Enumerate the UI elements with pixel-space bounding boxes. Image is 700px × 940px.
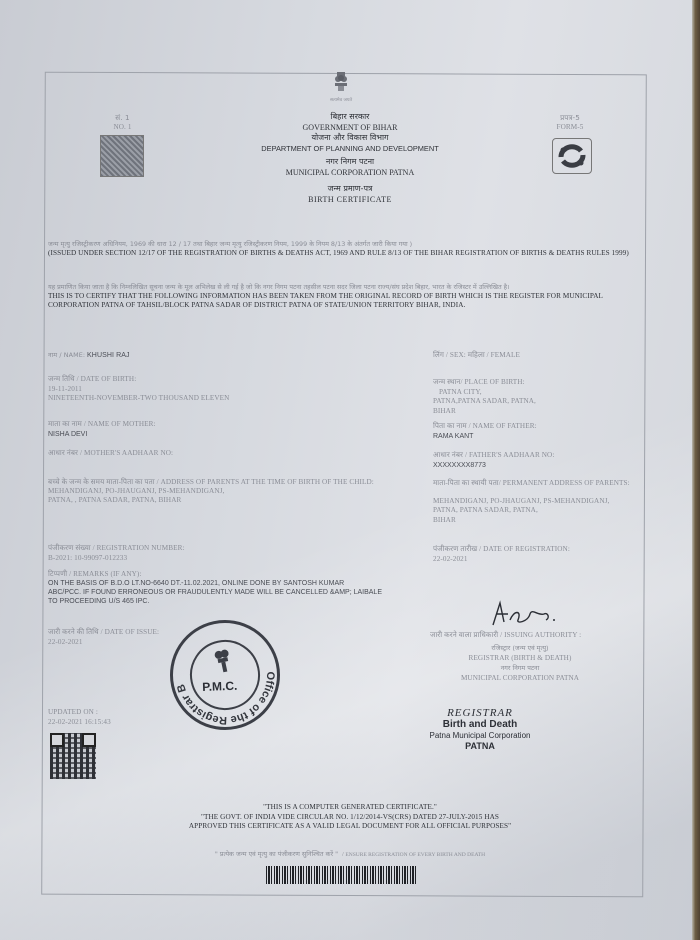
certificate-number: सं. 1 NO. 1 [95, 113, 150, 131]
issuing-authority-label: जारी करने वाला प्राधिकारी / ISSUING AUTH… [430, 630, 581, 640]
issuing-authority-block: रजिस्ट्रार (जन्म एवं मृत्यु) REGISTRAR (… [425, 643, 615, 683]
dob-field: जन्म तिथि / DATE OF BIRTH: 19-11-2011 NI… [48, 375, 229, 404]
form-number: प्रपत्र-5 FORM-5 [530, 113, 610, 131]
pob-field: जन्म स्थान/ PLACE OF BIRTH: PATNA CITY, … [433, 378, 536, 416]
issued-under-clause: जन्म मृत्यु रजिस्ट्रीकरण अधिनियम, 1969 क… [48, 240, 653, 258]
registrar-rubber-stamp: REGISTRAR Birth and Death Patna Municipa… [420, 708, 540, 752]
name-value: KHUSHI RAJ [87, 352, 130, 359]
authority-title-en: REGISTRAR (BIRTH & DEATH) [425, 653, 615, 663]
father-value: RAMA KANT [433, 432, 537, 442]
reg-no-label: पंजीकरण संख्या / REGISTRATION NUMBER: [48, 544, 185, 554]
certify-clause: यह प्रमाणित किया जाता है कि निम्नलिखित स… [48, 283, 653, 310]
registration-date-field: पंजीकरण तारीख / DATE OF REGISTRATION: 22… [433, 545, 570, 564]
address-birth-line-2: PATNA, , PATNA SADAR, PATNA, BIHAR [48, 496, 418, 505]
national-emblem-icon [330, 70, 352, 96]
issue-date-label: जारी करने की तिथि / DATE OF ISSUE: [48, 628, 159, 638]
remarks-line-1: ON THE BASIS OF B.D.O LT.NO-6640 DT.-11.… [48, 579, 428, 588]
dob-value: 19-11-2011 [48, 385, 229, 395]
stamp-registrar: REGISTRAR [420, 708, 540, 719]
slogan-hi: " प्रत्येक जन्म एवं मृत्यु का पंजीकरण सु… [215, 850, 338, 858]
dob-words: NINETEENTH-NOVEMBER-TWO THOUSAND ELEVEN [48, 394, 229, 404]
title-hi: जन्म प्रमाण-पत्र [220, 184, 480, 195]
crs-logo-icon [552, 138, 592, 174]
corp-en: MUNICIPAL CORPORATION PATNA [220, 168, 480, 179]
name-label: नाम / NAME: [48, 351, 85, 359]
computer-generated-notice: "THIS IS A COMPUTER GENERATED CERTIFICAT… [130, 803, 570, 832]
govt-hi: बिहार सरकार [220, 112, 480, 123]
dob-label: जन्म तिथि / DATE OF BIRTH: [48, 375, 229, 385]
seal-emblem-icon [211, 646, 236, 676]
reg-date-label: पंजीकरण तारीख / DATE OF REGISTRATION: [433, 545, 570, 555]
qr-code-icon [50, 733, 96, 779]
seal-center-text: P.M.C. [202, 679, 238, 694]
form-hi: प्रपत्र-5 [530, 113, 610, 123]
certificate-title: BIRTH CERTIFICATE [220, 195, 480, 206]
address-perm-field: माता-पिता का स्थायी पता/ PERMANENT ADDRE… [433, 479, 633, 525]
address-perm-line-3: BIHAR [433, 516, 633, 526]
signature-icon [488, 600, 568, 630]
reg-no-value: B-2021: 10-99097-012233 [48, 554, 185, 564]
footer-line-3: APPROVED THIS CERTIFICATE AS A VALID LEG… [130, 822, 570, 832]
emblem-caption: सत्यमेव जयते [300, 97, 382, 103]
reg-date-value: 22-02-2021 [433, 555, 570, 565]
sex-value: महिला / FEMALE [468, 351, 520, 359]
number-hi: सं. 1 [95, 113, 150, 123]
updated-field: UPDATED ON : 22-02-2021 16:15:43 [48, 708, 111, 727]
pob-line-3: BIHAR [433, 407, 536, 417]
authority-title-hi: रजिस्ट्रार (जन्म एवं मृत्यु) [425, 643, 615, 653]
mother-value: NISHA DEVI [48, 430, 156, 440]
registration-number-field: पंजीकरण संख्या / REGISTRATION NUMBER: B-… [48, 544, 185, 563]
address-birth-label: बच्चे के जन्म के समय माता-पिता का पता / … [48, 478, 418, 487]
barcode-icon [266, 866, 416, 884]
address-birth-field: बच्चे के जन्म के समय माता-पिता का पता / … [48, 478, 418, 505]
issue-date-value: 22-02-2021 [48, 638, 159, 648]
father-aadhaar-label: आधार नंबर / FATHER'S AADHAAR NO: [433, 451, 554, 461]
number-en: NO. 1 [95, 123, 150, 131]
mother-label: माता का नाम / NAME OF MOTHER: [48, 420, 156, 430]
stamp-birth-death: Birth and Death [420, 719, 540, 730]
stamp-patna: PATNA [420, 741, 540, 752]
father-aadhaar-field: आधार नंबर / FATHER'S AADHAAR NO: XXXXXXX… [433, 451, 554, 470]
father-field: पिता का नाम / NAME OF FATHER: RAMA KANT [433, 422, 537, 441]
updated-value: 22-02-2021 16:15:43 [48, 718, 111, 728]
mother-field: माता का नाम / NAME OF MOTHER: NISHA DEVI [48, 420, 156, 439]
updated-label: UPDATED ON : [48, 708, 111, 718]
mother-aadhaar-label: आधार नंबर / MOTHER'S AADHAAR NO: [48, 449, 173, 459]
corp-hi: नगर निगम पटना [220, 157, 480, 168]
certify-en: THIS IS TO CERTIFY THAT THE FOLLOWING IN… [48, 292, 653, 310]
dept-hi: योजना और विकास विभाग [220, 133, 480, 144]
remarks-field: टिप्पणी / REMARKS (IF ANY): ON THE BASIS… [48, 570, 428, 606]
pob-label: जन्म स्थान/ PLACE OF BIRTH: [433, 378, 536, 388]
slogan-en: ENSURE REGISTRATION OF EVERY BIRTH AND D… [345, 852, 485, 858]
header-titles: बिहार सरकार GOVERNMENT OF BIHAR योजना और… [220, 112, 480, 205]
pob-line-1: PATNA CITY, [433, 388, 536, 398]
father-label: पिता का नाम / NAME OF FATHER: [433, 422, 537, 432]
govt-en: GOVERNMENT OF BIHAR [220, 123, 480, 134]
form-en: FORM-5 [530, 123, 610, 131]
bihar-tree-logo-icon [100, 135, 144, 177]
address-perm-label: माता-पिता का स्थायी पता/ PERMANENT ADDRE… [433, 479, 633, 489]
sex-field: लिंग / SEX: महिला / FEMALE [433, 350, 520, 360]
issued-hi: जन्म मृत्यु रजिस्ट्रीकरण अधिनियम, 1969 क… [48, 240, 653, 249]
address-birth-line-1: MEHANDIGANJ, PO-JHAUGANJ, PS-MEHANDIGANJ… [48, 487, 418, 496]
sex-label: लिंग / SEX: [433, 351, 466, 359]
name-field: नाम / NAME: KHUSHI RAJ [48, 350, 130, 359]
remarks-line-2: ABC/PCC. IF FOUND ERRONEOUS OR FRAUDULEN… [48, 588, 428, 597]
father-aadhaar-value: XXXXXXXX8773 [433, 461, 554, 471]
footer-line-1: "THIS IS A COMPUTER GENERATED CERTIFICAT… [130, 803, 570, 813]
remarks-line-3: TO PROCEEDING U/S 465 IPC. [48, 597, 428, 606]
registration-slogan: " प्रत्येक जन्म एवं मृत्यु का पंजीकरण सु… [130, 843, 570, 861]
remarks-label: टिप्पणी / REMARKS (IF ANY): [48, 570, 428, 579]
address-perm-line-1: MEHANDIGANJ, PO-JHAUGANJ, PS-MEHANDIGANJ… [433, 497, 633, 507]
crs-swirl-icon [557, 143, 587, 169]
certify-hi: यह प्रमाणित किया जाता है कि निम्नलिखित स… [48, 283, 653, 292]
table-surface-edge [692, 0, 700, 940]
footer-line-2: "THE GOVT. OF INDIA VIDE CIRCULAR NO. 1/… [130, 813, 570, 823]
authority-corp-hi: नगर निगम पटना [425, 663, 615, 673]
stamp-corporation: Patna Municipal Corporation [420, 730, 540, 741]
issued-en: (ISSUED UNDER SECTION 12/17 OF THE REGIS… [48, 249, 653, 258]
issue-date-field: जारी करने की तिथि / DATE OF ISSUE: 22-02… [48, 628, 159, 647]
authority-corp-en: MUNICIPAL CORPORATION PATNA [425, 673, 615, 683]
address-perm-line-2: PATNA, PATNA SADAR, PATNA, [433, 506, 633, 516]
mother-aadhaar-field: आधार नंबर / MOTHER'S AADHAAR NO: [48, 449, 173, 459]
dept-en: DEPARTMENT OF PLANNING AND DEVELOPMENT [220, 144, 480, 155]
pob-line-2: PATNA,PATNA SADAR, PATNA, [433, 397, 536, 407]
